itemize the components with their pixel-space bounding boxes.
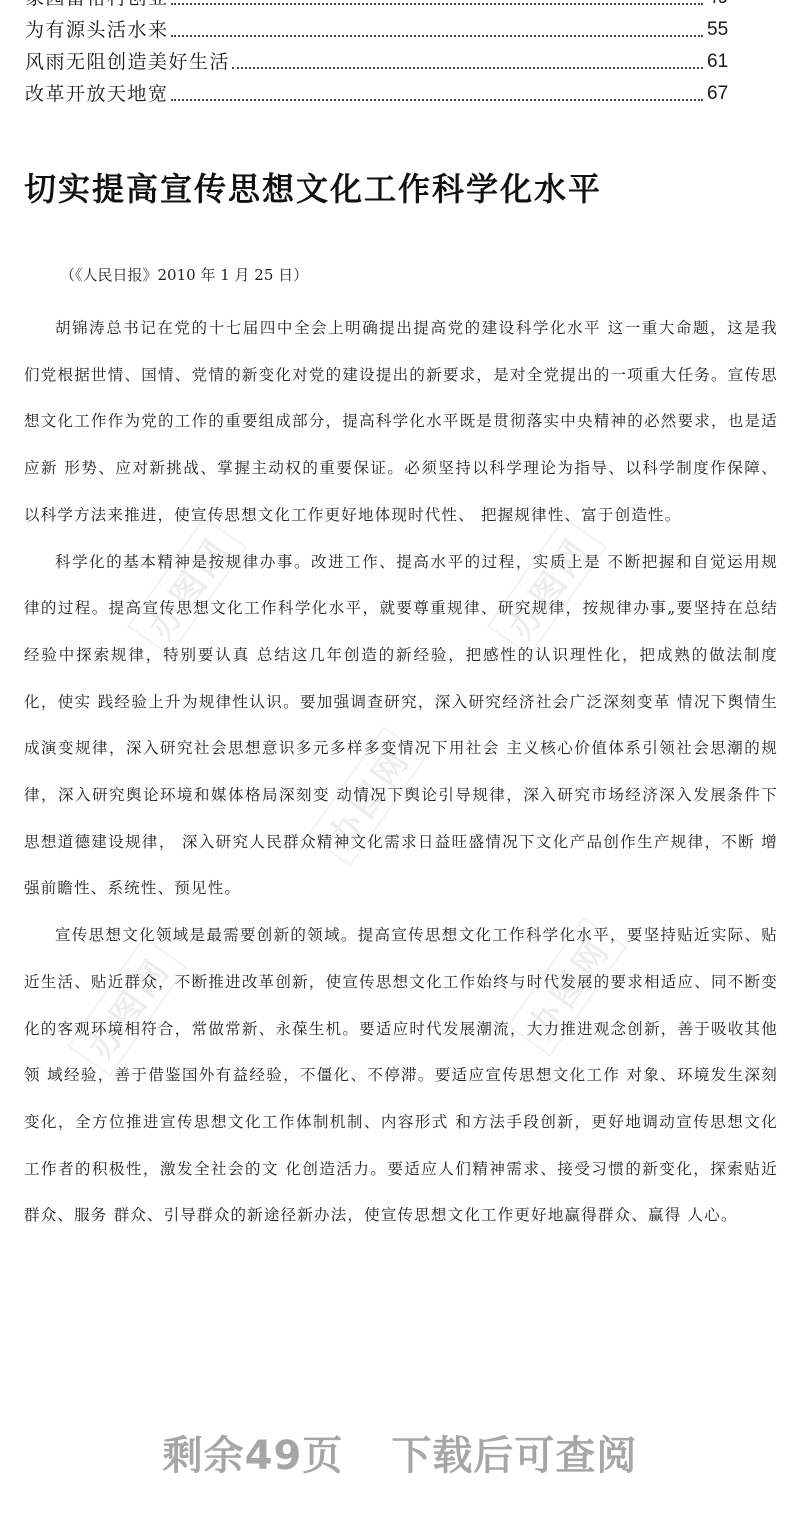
toc-entry[interactable]: 风雨无阻创造美好生活 61 [25,46,735,78]
remaining-pages-label: 剩余49页 [163,1433,344,1479]
toc-entry-page: 61 [707,46,735,78]
toc-entry-page: 49 [707,0,735,14]
toc-entry-title: 改革开放天地宽 [25,78,169,110]
article-title: 切实提高宣传思想文化工作科学化水平 [24,164,602,210]
toc-entry[interactable]: 改革开放天地宽 67 [25,78,735,110]
article-source: （《人民日报》2010 年 1 月 25 日） [60,264,308,285]
dot-leader [171,2,703,5]
table-of-contents: 家园富裕村创业 49 为有源头活水来 55 风雨无阻创造美好生活 61 改革开放… [25,0,735,110]
dot-leader [171,98,703,101]
article-body: 胡锦涛总书记在党的十七届四中全会上明确提出提高党的建设科学化水平 这一重大命题，… [24,305,778,1239]
dot-leader [232,66,703,69]
download-prompt-banner[interactable]: 剩余49页下载后可查阅 [0,1424,800,1481]
paragraph: 科学化的基本精神是按规律办事。改进工作、提高水平的过程，实质上是 不断把握和自觉… [24,539,778,913]
dot-leader [171,34,703,37]
toc-entry-page: 67 [707,78,735,110]
toc-entry-page: 55 [707,14,735,46]
toc-entry-title: 为有源头活水来 [25,14,169,46]
toc-entry-title: 家园富裕村创业 [25,0,169,14]
toc-entry[interactable]: 家园富裕村创业 49 [25,0,735,14]
toc-entry[interactable]: 为有源头活水来 55 [25,14,735,46]
paragraph: 宣传思想文化领域是最需要创新的领域。提高宣传思想文化工作科学化水平，要坚持贴近实… [24,912,778,1239]
toc-entry-title: 风雨无阻创造美好生活 [25,46,230,78]
paragraph: 胡锦涛总书记在党的十七届四中全会上明确提出提高党的建设科学化水平 这一重大命题，… [24,305,778,539]
download-to-view-label: 下载后可查阅 [391,1433,637,1479]
